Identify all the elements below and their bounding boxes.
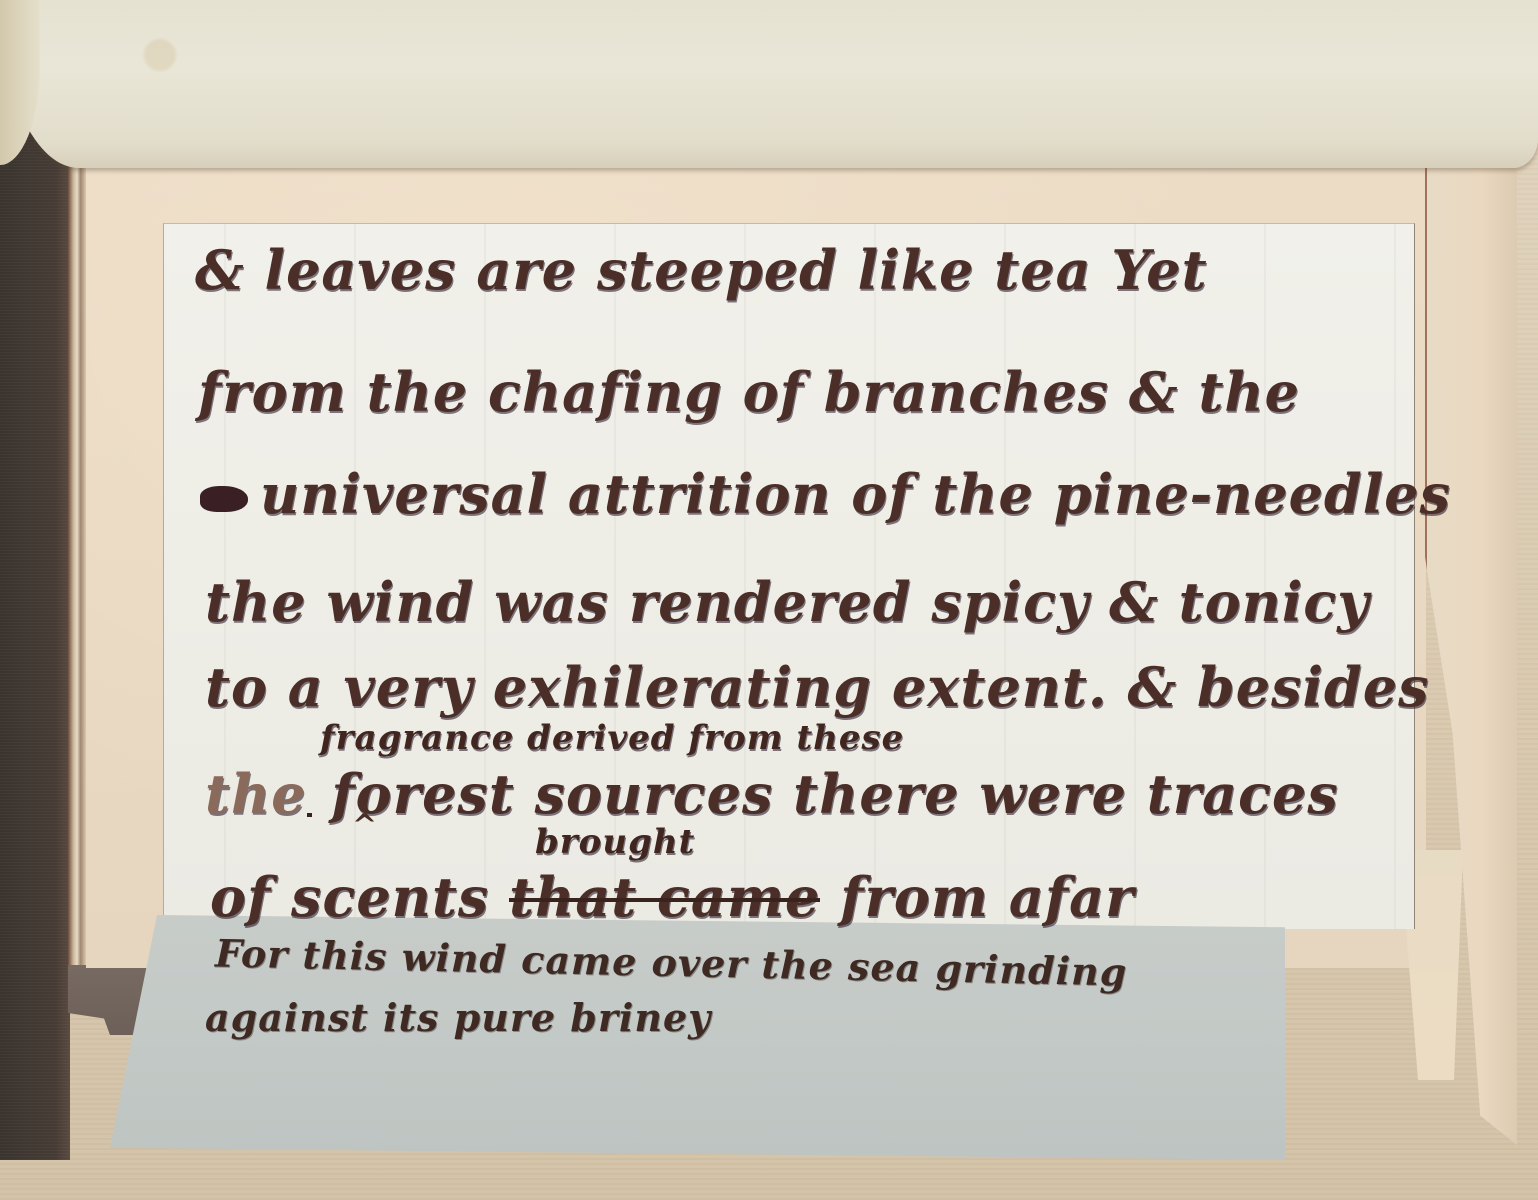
- manuscript-line-1: & leaves are steeped like tea Yet: [195, 238, 1208, 302]
- insertion-caret: ^: [352, 808, 377, 843]
- interlinear-insertion-brought: brought: [535, 822, 695, 862]
- interlinear-insertion-fragrance: fragrance derived from these: [320, 718, 904, 758]
- page-stack-edge: [68, 165, 86, 965]
- manuscript-line-4: the wind was rendered spicy & tonicy: [205, 570, 1370, 634]
- ink-blot-strikeout: [200, 486, 248, 512]
- manuscript-line-3: universal attrition of the pine-needles: [200, 462, 1451, 526]
- struck-phrase: that came: [509, 865, 820, 929]
- flap-line-2: against its pure briney: [205, 995, 711, 1040]
- manuscript-line-7: of scents that came from afar: [210, 865, 1135, 929]
- curled-overleaf-page[interactable]: [0, 0, 1538, 168]
- manuscript-line-2: from the chafing of branches & the: [198, 360, 1300, 424]
- book-cover-spine: [0, 120, 70, 1160]
- manuscript-line-5: to a very exhilerating extent. & besides: [205, 655, 1430, 719]
